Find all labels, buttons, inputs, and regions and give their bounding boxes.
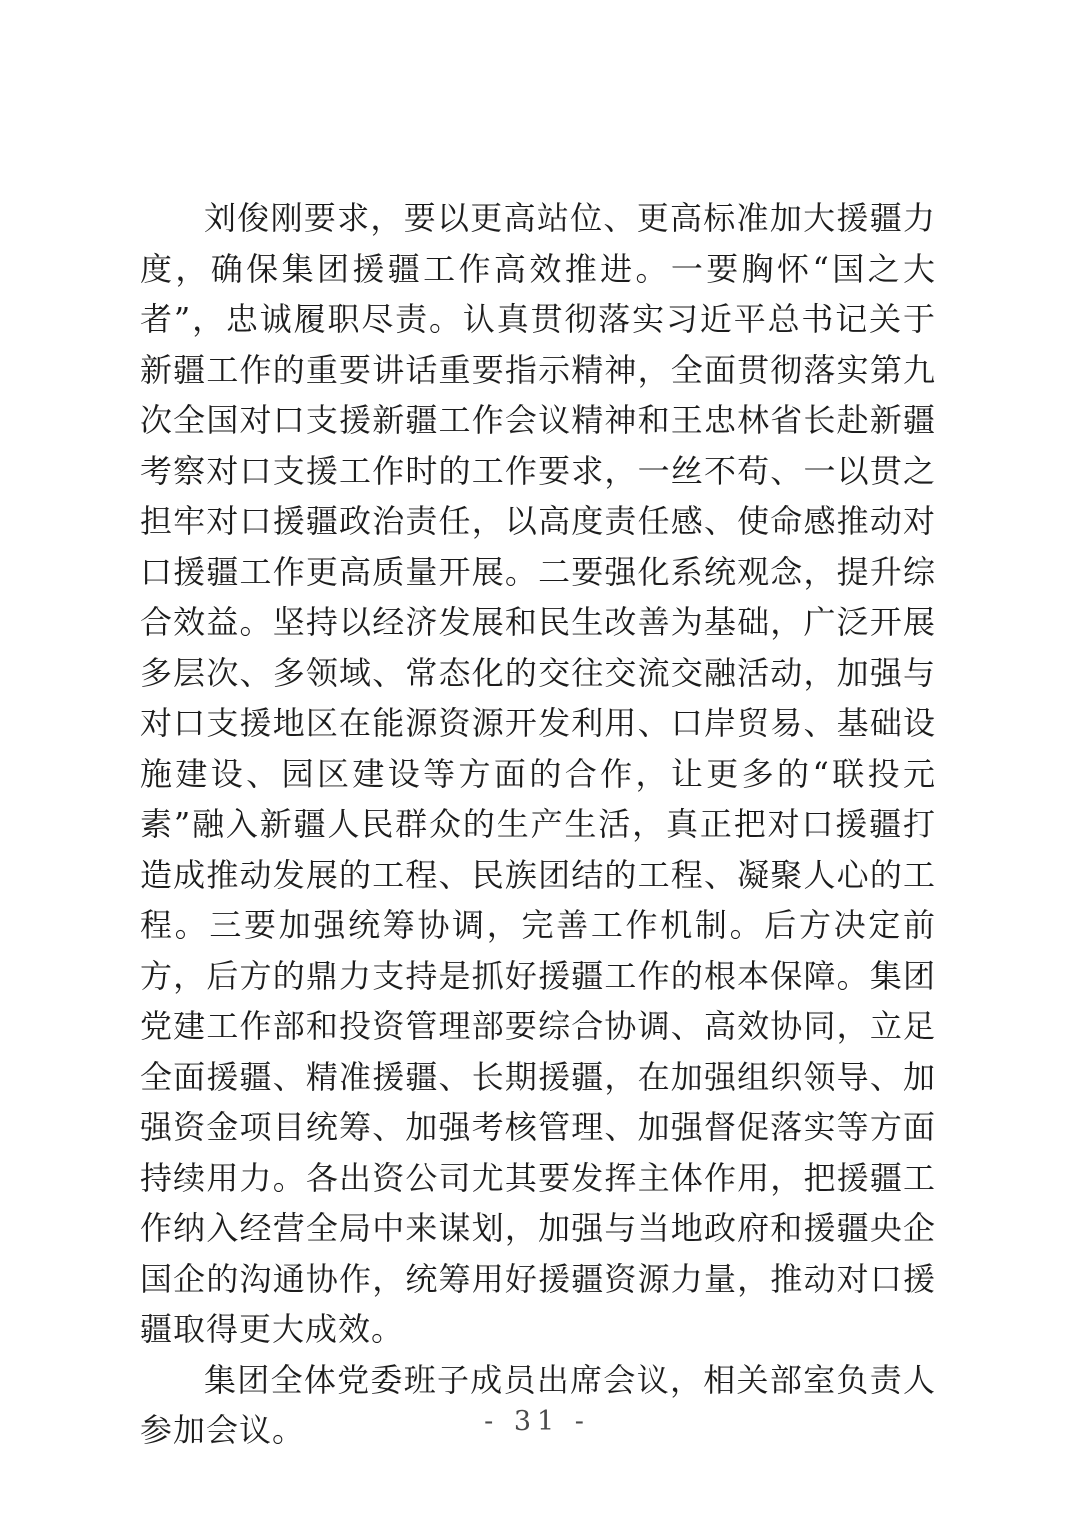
document-body: 刘俊刚要求，要以更高站位、更高标准加大援疆力度，确保集团援疆工作高效推进。一要胸… <box>140 193 936 1456</box>
paragraph-2: 集团全体党委班子成员出席会议，相关部室负责人参加会议。 <box>140 1355 936 1456</box>
paragraph-1: 刘俊刚要求，要以更高站位、更高标准加大援疆力度，确保集团援疆工作高效推进。一要胸… <box>140 193 936 1355</box>
document-page: 刘俊刚要求，要以更高站位、更高标准加大援疆力度，确保集团援疆工作高效推进。一要胸… <box>0 0 1074 1520</box>
page-number: - 31 - <box>0 1406 1074 1437</box>
